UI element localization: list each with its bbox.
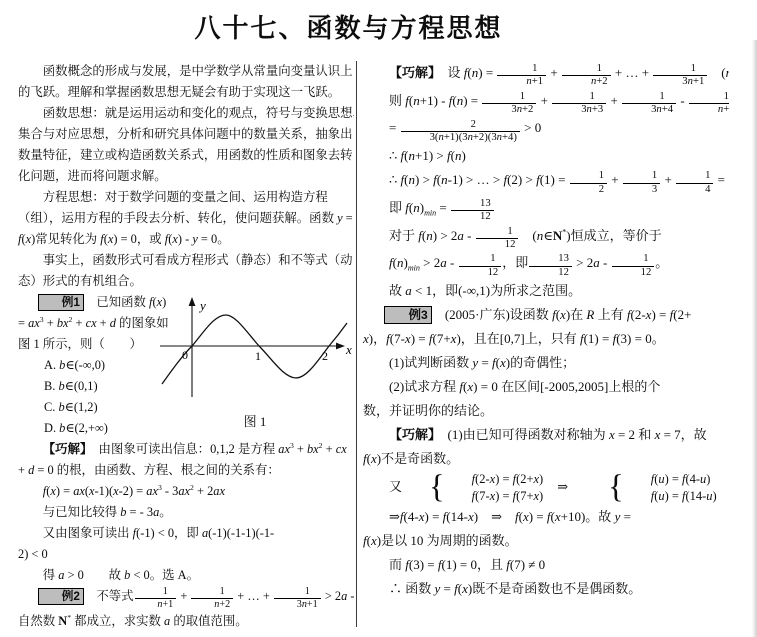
text-line: 态）形式的有机组合。 [18, 271, 354, 292]
text-line: 得 a > 0 故 b < 0。选 A。 [18, 565, 354, 586]
text-line: + d = 0 的根，由函数、方程、根之间的关系有： [18, 460, 354, 481]
text-line: 例3 (2005·广东)设函数 f(x)在 R 上有 f(2-x) = f(2+ [363, 303, 729, 327]
x-tick-2: 2 [322, 349, 328, 363]
text-line: (1)试判断函数 y = f(x)的奇偶性； [363, 351, 729, 375]
text-line: = 23(n+1)(3n+2)(3n+4) > 0 [363, 116, 729, 144]
left-column: 函数概念的形成与发展，是中学数学从常量向变量认识上的飞跃。理解和掌握函数思想无疑… [18, 61, 354, 632]
text-line: 而 f(3) = f(1) = 0，且 f(7) ≠ 0 [363, 553, 729, 577]
text-line: 数，并证明你的结论。 [363, 399, 729, 423]
x-tick-1: 1 [255, 349, 261, 363]
text-line: 方程思想：对于数学问题的变量之间、运用构造方程 [18, 187, 354, 208]
text-line: 与已知比较得 b = - 3a。 [18, 502, 354, 523]
text-line: ∴ f(n) > f(n-1) > … > f(2) > f(1) = 12 +… [363, 168, 729, 196]
text-line: 数量特征，建立或构造函数关系式，用函数的性质和图象去转 [18, 145, 354, 166]
x-axis-label: x [345, 342, 352, 357]
text-line: 【巧解】 由图象可读出信息：0,1,2 是方程 ax3 + bx2 + cx [18, 439, 354, 460]
text-line: f(x)是以 10 为周期的函数。 [363, 529, 729, 553]
text-line: 的飞跃。理解和掌握函数思想无疑会有助于实现这一飞跃。 [18, 82, 354, 103]
text-line: 又由图象可读出 f(-1) < 0，即 a(-1)(-1-1)(-1- [18, 523, 354, 544]
text-line: 【巧解】 (1)由已知可得函数对称轴为 x = 2 和 x = 7，故 [363, 423, 729, 447]
figure-1: y x 0 1 2 图 1 [156, 294, 354, 430]
content-columns: 函数概念的形成与发展，是中学数学从常量向变量认识上的飞跃。理解和掌握函数思想无疑… [0, 55, 757, 632]
text-line: 【巧解】 设 f(n) = 1n+1 + 1n+2 + … + 13n+1 (n… [363, 61, 729, 89]
textbook-page: 八十七、函数与方程思想 函数概念的形成与发展，是中学数学从常量向变量认识上的飞跃… [0, 0, 757, 637]
text-line: 2) < 0 [18, 544, 354, 565]
x-tick-0: 0 [182, 348, 188, 362]
text-line: 即 f(n)min = 1312 [363, 196, 729, 224]
figure-1-graph: y x 0 1 2 [156, 294, 354, 402]
x-axis-arrow-icon [336, 343, 345, 350]
text-line: f(x) = ax(x-1)(x-2) = ax3 - 3ax2 + 2ax [18, 481, 354, 502]
figure-1-caption: 图 1 [156, 411, 354, 430]
text-line: ∴ f(n+1) > f(n) [363, 144, 729, 168]
text-line: 自然数 N* 都成立，求实数 a 的取值范围。 [18, 611, 354, 632]
text-line: f(n)min > 2a - 112，即1312 > 2a - 112。 [363, 251, 729, 279]
text-line: (2)试求方程 f(x) = 0 在区间[-2005,2005]上根的个 [363, 375, 729, 399]
text-line: 则 f(n+1) - f(n) = 13n+2 + 13n+3 + 13n+4 … [363, 89, 729, 117]
text-line: f(x)常见转化为 f(x) = 0，或 f(x) - y = 0。 [18, 229, 354, 250]
text-line: 事实上，函数形式可看成方程形式（静态）和不等式（动 [18, 250, 354, 271]
text-line: ∴ 函数 y = f(x)既不是奇函数也不是偶函数。 [363, 577, 729, 601]
text-line: 函数概念的形成与发展，是中学数学从常量向变量认识上 [18, 61, 354, 82]
text-line: 故 a < 1，即(-∞,1)为所求之范围。 [363, 279, 729, 303]
text-line: ⇒f(4-x) = f(14-x) ⇒ f(x) = f(x+10)。故 y = [363, 505, 729, 529]
text-line: 集合与对应思想，分析和研究具体问题中的数量关系，抽象出 [18, 124, 354, 145]
y-axis-arrow-icon [189, 297, 196, 306]
page-edge-shadow [752, 40, 757, 637]
text-line: 对于 f(n) > 2a - 112 (n∈N*)恒成立，等价于 [363, 224, 729, 252]
right-column: 【巧解】 设 f(n) = 1n+1 + 1n+2 + … + 13n+1 (n… [356, 61, 729, 627]
text-line: 化问题，进而将问题求解。 [18, 166, 354, 187]
text-line: 函数思想：就是运用运动和变化的观点，符号与变换思想、 [18, 103, 354, 124]
text-line: f(x)不是奇函数。 [363, 447, 729, 471]
y-axis-label: y [198, 298, 206, 313]
text-line: （组），运用方程的手段去分析、转化，使问题获解。函数 y = [18, 208, 354, 229]
text-line: 又{f(2-x) = f(2+x)f(7-x) = f(7+x) ⇒ {f(u)… [363, 471, 729, 505]
page-title: 八十七、函数与方程思想 [0, 8, 697, 45]
example-1-block: y x 0 1 2 图 1 例1 已知函数 f(x)= ax3 + bx2 + … [18, 292, 354, 439]
text-line: 例2 不等式1n+1 + 1n+2 + … + 13n+1 > 2a - 112… [18, 586, 354, 611]
intro-paragraphs: 函数概念的形成与发展，是中学数学从常量向变量认识上的飞跃。理解和掌握函数思想无疑… [18, 61, 354, 292]
text-line: x)，f(7-x) = f(7+x)，且在[0,7]上，只有 f(1) = f(… [363, 327, 729, 351]
left-solution-block: 【巧解】 由图象可读出信息：0,1,2 是方程 ax3 + bx2 + cx+ … [18, 439, 354, 632]
